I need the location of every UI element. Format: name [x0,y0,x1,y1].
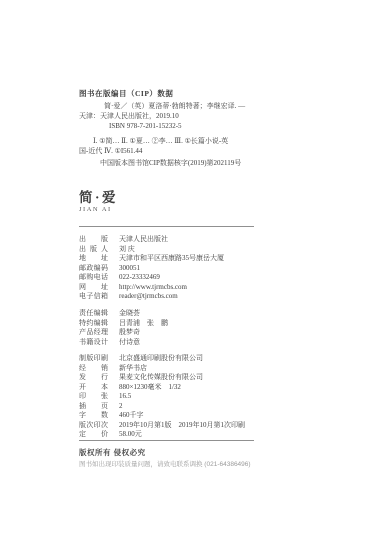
print-row-inserts: 插页 2 [79,402,257,412]
row-value: 460千字 [119,411,257,421]
row-value: 300051 [119,264,257,274]
row-label: 责任编辑 [79,309,108,319]
row-value: 果麦文化传媒股份有限公司 [119,373,257,383]
print-row-issuer: 发行 果麦文化传媒股份有限公司 [79,373,257,383]
row-value: http://www.tjrmcbs.com [119,283,257,293]
pub-row-publisher-person: 出版人 刘 庆 [79,245,257,255]
cip-description-line-2: 天津：天津人民出版社，2019.10 [79,111,257,121]
edit-row-product-manager: 产品经理 殷梦奇 [79,328,257,338]
row-label: 书籍设计 [79,338,108,348]
pub-row-postcode: 邮政编码 300051 [79,264,257,274]
row-label: 电子信箱 [79,292,108,302]
print-row-printer: 制版印刷 北京盛通印刷股份有限公司 [79,354,257,364]
row-label: 出版人 [79,245,108,255]
print-row-sheets: 印张 16.5 [79,392,257,402]
edit-row-contributing-editor: 特约编辑 吕青浦 张 鹏 [79,319,257,329]
cip-record-number: 中国版本图书馆CIP数据核字(2019)第202119号 [79,158,278,168]
pub-row-address: 地址 天津市和平区西康路35号康岳大厦 [79,254,257,264]
row-label: 邮购电话 [79,273,108,283]
row-value: 北京盛通印刷股份有限公司 [119,354,257,364]
divider-top [79,226,254,227]
row-value: 880×1230毫米 1/32 [119,383,257,393]
row-value: 新华书店 [119,364,257,374]
row-label: 印张 [79,392,108,402]
row-value: 16.5 [119,392,257,402]
row-value: 殷梦奇 [119,328,257,338]
print-row-distributor: 经销 新华书店 [79,364,257,374]
row-value: 58.00元 [119,430,257,440]
row-value: 天津市和平区西康路35号康岳大厦 [119,254,257,264]
print-row-edition: 版次印次 2019年10月第1版 2019年10月第1次印刷 [79,421,257,431]
row-label: 制版印刷 [79,354,108,364]
row-value: 付诗意 [119,338,257,348]
pub-row-publisher: 出版 天津人民出版社 [79,235,257,245]
print-row-wordcount: 字数 460千字 [79,411,257,421]
row-value: reader@tjrmcbs.com [119,292,257,302]
row-label: 定价 [79,430,108,440]
cip-class-line-1: Ⅰ. ①简… Ⅱ. ①夏… ②李… Ⅲ. ①长篇小说-英 [79,137,257,147]
pub-row-email: 电子信箱 reader@tjrmcbs.com [79,292,257,302]
cip-isbn: ISBN 978-7-201-15232-5 [79,121,257,131]
book-title: 简·爱 [79,186,257,206]
row-value: 金晓荟 [119,309,257,319]
cip-class-line-2: 国-近代 Ⅳ. ①I561.44 [79,147,257,157]
row-value: 022-23332469 [119,273,257,283]
pub-row-website: 网址 http://www.tjrmcbs.com [79,283,257,293]
row-label: 地址 [79,254,108,264]
cip-heading: 图书在版编目（CIP）数据 [79,88,257,99]
cip-classification: Ⅰ. ①简… Ⅱ. ①夏… ②李… Ⅲ. ①长篇小说-英 国-近代 Ⅳ. ①I5… [79,137,257,156]
print-row-format: 开本 880×1230毫米 1/32 [79,383,257,393]
editorial-info: 责任编辑 金晓荟 特约编辑 吕青浦 张 鹏 产品经理 殷梦奇 书籍设计 付诗意 [79,309,257,347]
row-label: 经销 [79,364,108,374]
row-label: 产品经理 [79,328,108,338]
row-value: 刘 庆 [119,245,257,255]
print-row-price: 定价 58.00元 [79,430,257,440]
edit-row-editor: 责任编辑 金晓荟 [79,309,257,319]
cip-description: 简·爱／（英）夏洛蒂·勃朗特著；李继宏译. — 天津：天津人民出版社，2019.… [79,101,257,131]
row-label: 发行 [79,373,108,383]
divider-bottom [79,440,254,441]
book-title-pinyin: JIAN AI [79,206,257,213]
row-value: 天津人民出版社 [119,235,257,245]
edit-row-book-design: 书籍设计 付诗意 [79,338,257,348]
row-label: 网址 [79,283,108,293]
row-label: 字数 [79,411,108,421]
row-value: 2 [119,402,257,412]
row-label: 开本 [79,383,108,393]
pub-row-phone: 邮购电话 022-23332469 [79,273,257,283]
row-label: 邮政编码 [79,264,108,274]
copyright-page: 图书在版编目（CIP）数据 简·爱／（英）夏洛蒂·勃朗特著；李继宏译. — 天津… [0,0,375,536]
publication-info: 出版 天津人民出版社 出版人 刘 庆 地址 天津市和平区西康路35号康岳大厦 邮… [79,235,257,302]
copyright-notice: 版权所有 侵权必究 [79,447,257,458]
row-label: 出版 [79,235,108,245]
row-label: 版次印次 [79,421,108,431]
row-label: 插页 [79,402,108,412]
cip-description-line-1: 简·爱／（英）夏洛蒂·勃朗特著；李继宏译. — [79,101,257,111]
service-note: 图书如出现印装质量问题，请致电联系调换 (021-64386496) [79,459,257,468]
row-value: 2019年10月第1版 2019年10月第1次印刷 [119,421,257,431]
printing-info: 制版印刷 北京盛通印刷股份有限公司 经销 新华书店 发行 果麦文化传媒股份有限公… [79,354,257,440]
row-value: 吕青浦 张 鹏 [119,319,257,329]
row-label: 特约编辑 [79,319,108,329]
